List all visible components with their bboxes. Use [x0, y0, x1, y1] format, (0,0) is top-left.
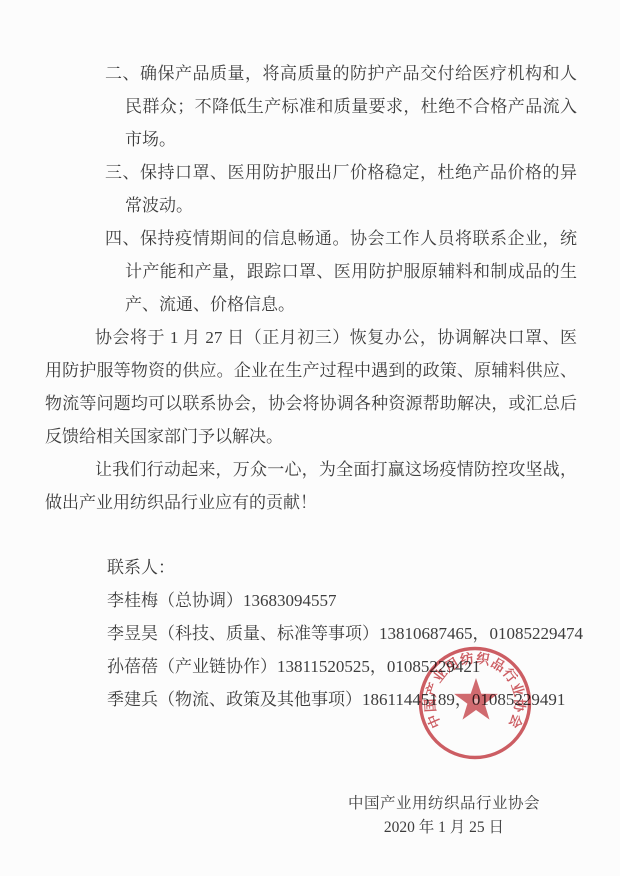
contact-entry: 孙蓓蓓（产业链协作）13811520525，01085229421: [107, 650, 577, 683]
paragraph-call-to-action: 让我们行动起来，万众一心，为全面打赢这场疫情防控攻坚战，做出产业用纺织品行业应有…: [45, 453, 577, 519]
signature-block: 中国产业用纺织品行业协会 2020 年 1 月 25 日: [348, 792, 540, 839]
numbered-item-2: 二、确保产品质量，将高质量的防护产品交付给医疗机构和人民群众；不降低生产标准和质…: [45, 57, 577, 156]
letter-body: 二、确保产品质量，将高质量的防护产品交付给医疗机构和人民群众；不降低生产标准和质…: [45, 57, 577, 839]
signature-date: 2020 年 1 月 25 日: [348, 816, 540, 839]
contact-entry: 李桂梅（总协调）13683094557: [107, 584, 577, 617]
paragraph-resume-work: 协会将于 1 月 27 日（正月初三）恢复办公，协调解决口罩、医用防护服等物资的…: [45, 321, 577, 453]
contacts-label: 联系人：: [107, 551, 577, 584]
contacts-block: 联系人： 李桂梅（总协调）13683094557 李昱昊（科技、质量、标准等事项…: [107, 551, 577, 716]
numbered-item-4: 四、保持疫情期间的信息畅通。协会工作人员将联系企业，统计产能和产量，跟踪口罩、医…: [45, 222, 577, 321]
contact-entry: 季建兵（物流、政策及其他事项）18611445189，01085229491: [107, 683, 577, 716]
signature-organization: 中国产业用纺织品行业协会: [348, 792, 540, 816]
numbered-item-3: 三、保持口罩、医用防护服出厂价格稳定，杜绝产品价格的异常波动。: [45, 156, 577, 222]
letter-page: 二、确保产品质量，将高质量的防护产品交付给医疗机构和人民群众；不降低生产标准和质…: [0, 0, 620, 876]
contact-entry: 李昱昊（科技、质量、标准等事项）13810687465，01085229474: [107, 617, 577, 650]
